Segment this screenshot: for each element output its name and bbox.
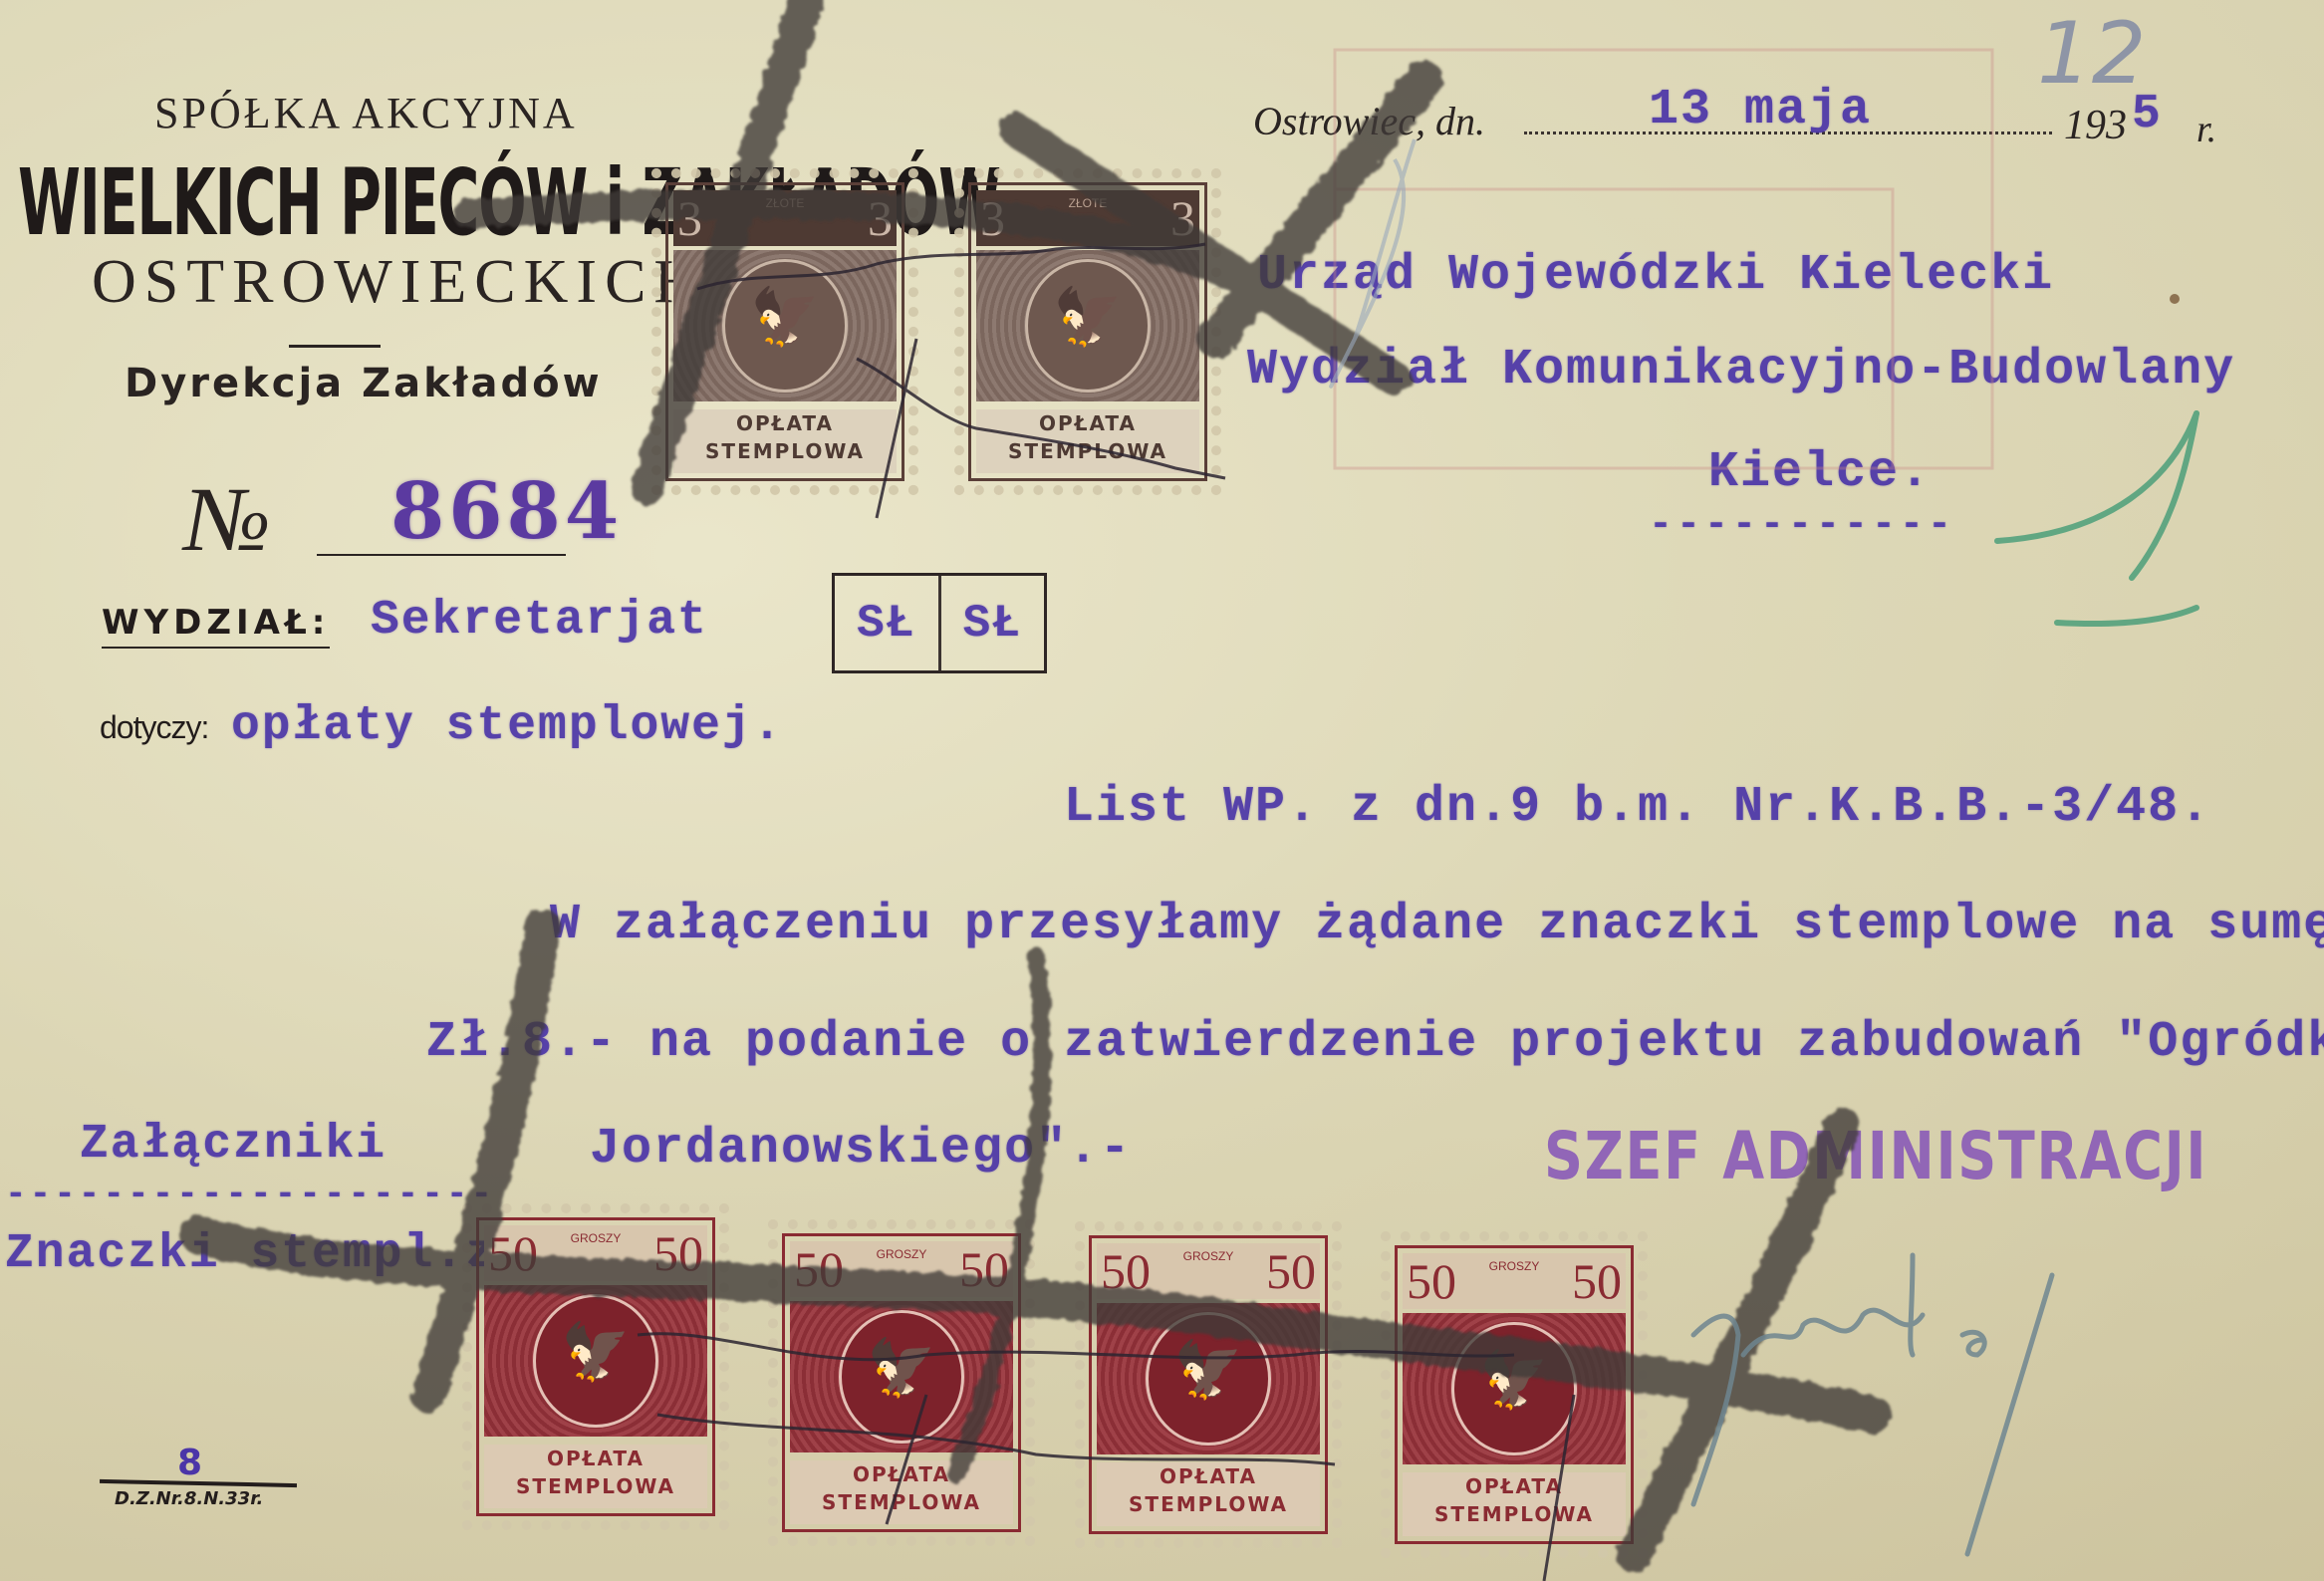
stamp-currency: GROSZY xyxy=(877,1247,927,1261)
stamp-caption: OPŁATASTEMPLOWA xyxy=(1403,1472,1626,1536)
stamp-emblem: 🦅 xyxy=(484,1285,707,1437)
revenue-stamp: 50GROSZY50🦅OPŁATASTEMPLOWA xyxy=(1089,1235,1328,1534)
revenue-stamp: 3ZŁOTE3🦅OPŁATASTEMPLOWA xyxy=(968,182,1207,481)
stamp-value: 50 xyxy=(1403,1256,1460,1306)
number-sign: № xyxy=(184,466,271,572)
enclosures-label: Załączniki xyxy=(80,1118,387,1172)
letterhead-city: OSTROWIECKICH xyxy=(92,247,706,318)
stamp-emblem: 🦅 xyxy=(1097,1303,1320,1454)
addressee-city: Kielce. xyxy=(1708,444,1932,501)
eagle-icon: 🦅 xyxy=(976,293,1199,349)
stamp-value: 3 xyxy=(864,193,897,243)
eagle-icon: 🦅 xyxy=(484,1328,707,1384)
eagle-icon: 🦅 xyxy=(673,293,897,349)
page-number: 12 xyxy=(2037,4,2146,104)
date-day-month: 13 maja xyxy=(1649,82,1872,138)
date-place: Ostrowiec, dn. xyxy=(1253,98,1485,144)
letterhead-department: Dyrekcja Zakładów xyxy=(125,361,603,406)
stamp-caption: OPŁATASTEMPLOWA xyxy=(1097,1462,1320,1526)
stamp-value: 50 xyxy=(1262,1246,1320,1296)
addressee-underline: ----------- xyxy=(1649,503,1955,548)
revenue-stamp: 3ZŁOTE3🦅OPŁATASTEMPLOWA xyxy=(665,182,904,481)
stamp-caption: OPŁATASTEMPLOWA xyxy=(790,1460,1013,1524)
date-suffix: r. xyxy=(2196,108,2216,151)
stamp-value: 3 xyxy=(976,193,1009,243)
stamp-currency: ZŁOTE xyxy=(766,196,805,210)
date-year-prefix: 193 xyxy=(2064,102,2127,149)
stamp-value: 3 xyxy=(673,193,706,243)
revenue-stamp: 50GROSZY50🦅OPŁATASTEMPLOWA xyxy=(1395,1245,1634,1544)
letterhead-company-type: SPÓŁKA AKCYJNA xyxy=(154,88,578,138)
document-number: 8684 xyxy=(390,466,623,557)
stamp-caption: OPŁATASTEMPLOWA xyxy=(673,409,897,473)
reference-line: List WP. z dn.9 b.m. Nr.K.B.B.-3/48. xyxy=(1064,779,2211,836)
eagle-icon: 🦅 xyxy=(790,1344,1013,1400)
department-value: Sekretarjat xyxy=(371,594,708,648)
stamp-currency: GROSZY xyxy=(1489,1259,1540,1273)
revenue-stamp: 50GROSZY50🦅OPŁATASTEMPLOWA xyxy=(476,1217,715,1516)
date-year-digit: 5 xyxy=(2132,88,2163,141)
enclosures-divider: -------------------- xyxy=(5,1174,495,1214)
stamp-value: 50 xyxy=(790,1244,848,1294)
subject-label: dotyczy: xyxy=(100,709,208,746)
stamp-currency: ZŁOTE xyxy=(1069,196,1108,210)
department-label: WYDZIAŁ: xyxy=(102,603,330,649)
stamp-emblem: 🦅 xyxy=(976,250,1199,401)
initials-box: SŁ SŁ xyxy=(832,573,1047,673)
form-code: D.Z.Nr.8.N.33r. xyxy=(115,1488,263,1509)
stamp-value: 50 xyxy=(649,1228,707,1278)
revenue-stamp: 50GROSZY50🦅OPŁATASTEMPLOWA xyxy=(782,1233,1021,1532)
body-line: Jordanowskiego".- xyxy=(590,1121,1132,1178)
addressee-department: Wydział Komunikacyjno-Budowlany xyxy=(1247,342,2235,398)
stamp-value: 50 xyxy=(484,1228,542,1278)
subject-value: opłaty stemplowej. xyxy=(231,699,783,753)
stamp-value: 3 xyxy=(1166,193,1199,243)
eagle-icon: 🦅 xyxy=(1403,1356,1626,1412)
body-line: Zł.8.- na podanie o zatwierdzenie projek… xyxy=(426,1014,2324,1071)
stamp-currency: GROSZY xyxy=(571,1231,622,1245)
stamp-caption: OPŁATASTEMPLOWA xyxy=(976,409,1199,473)
letterhead-divider xyxy=(289,345,381,348)
stamp-value: 50 xyxy=(1568,1256,1626,1306)
enclosures-value: Znaczki stempl.za xyxy=(5,1227,527,1281)
eagle-icon: 🦅 xyxy=(1097,1346,1320,1402)
stamp-emblem: 🦅 xyxy=(673,250,897,401)
form-number: 8 xyxy=(177,1443,202,1483)
initials-cell: SŁ xyxy=(835,576,938,670)
stamp-value: 50 xyxy=(955,1244,1013,1294)
stamp-emblem: 🦅 xyxy=(790,1301,1013,1452)
stamp-caption: OPŁATASTEMPLOWA xyxy=(484,1445,707,1508)
addressee-office: Urząd Wojewódzki Kielecki xyxy=(1257,247,2054,304)
stamp-currency: GROSZY xyxy=(1183,1249,1234,1263)
stamp-value: 50 xyxy=(1097,1246,1155,1296)
signer-title-stamp: SZEF ADMINISTRACJI xyxy=(1544,1118,2207,1194)
stamp-emblem: 🦅 xyxy=(1403,1313,1626,1464)
initials-cell: SŁ xyxy=(938,576,1045,670)
body-line: W załączeniu przesyłamy żądane znaczki s… xyxy=(550,897,2324,953)
